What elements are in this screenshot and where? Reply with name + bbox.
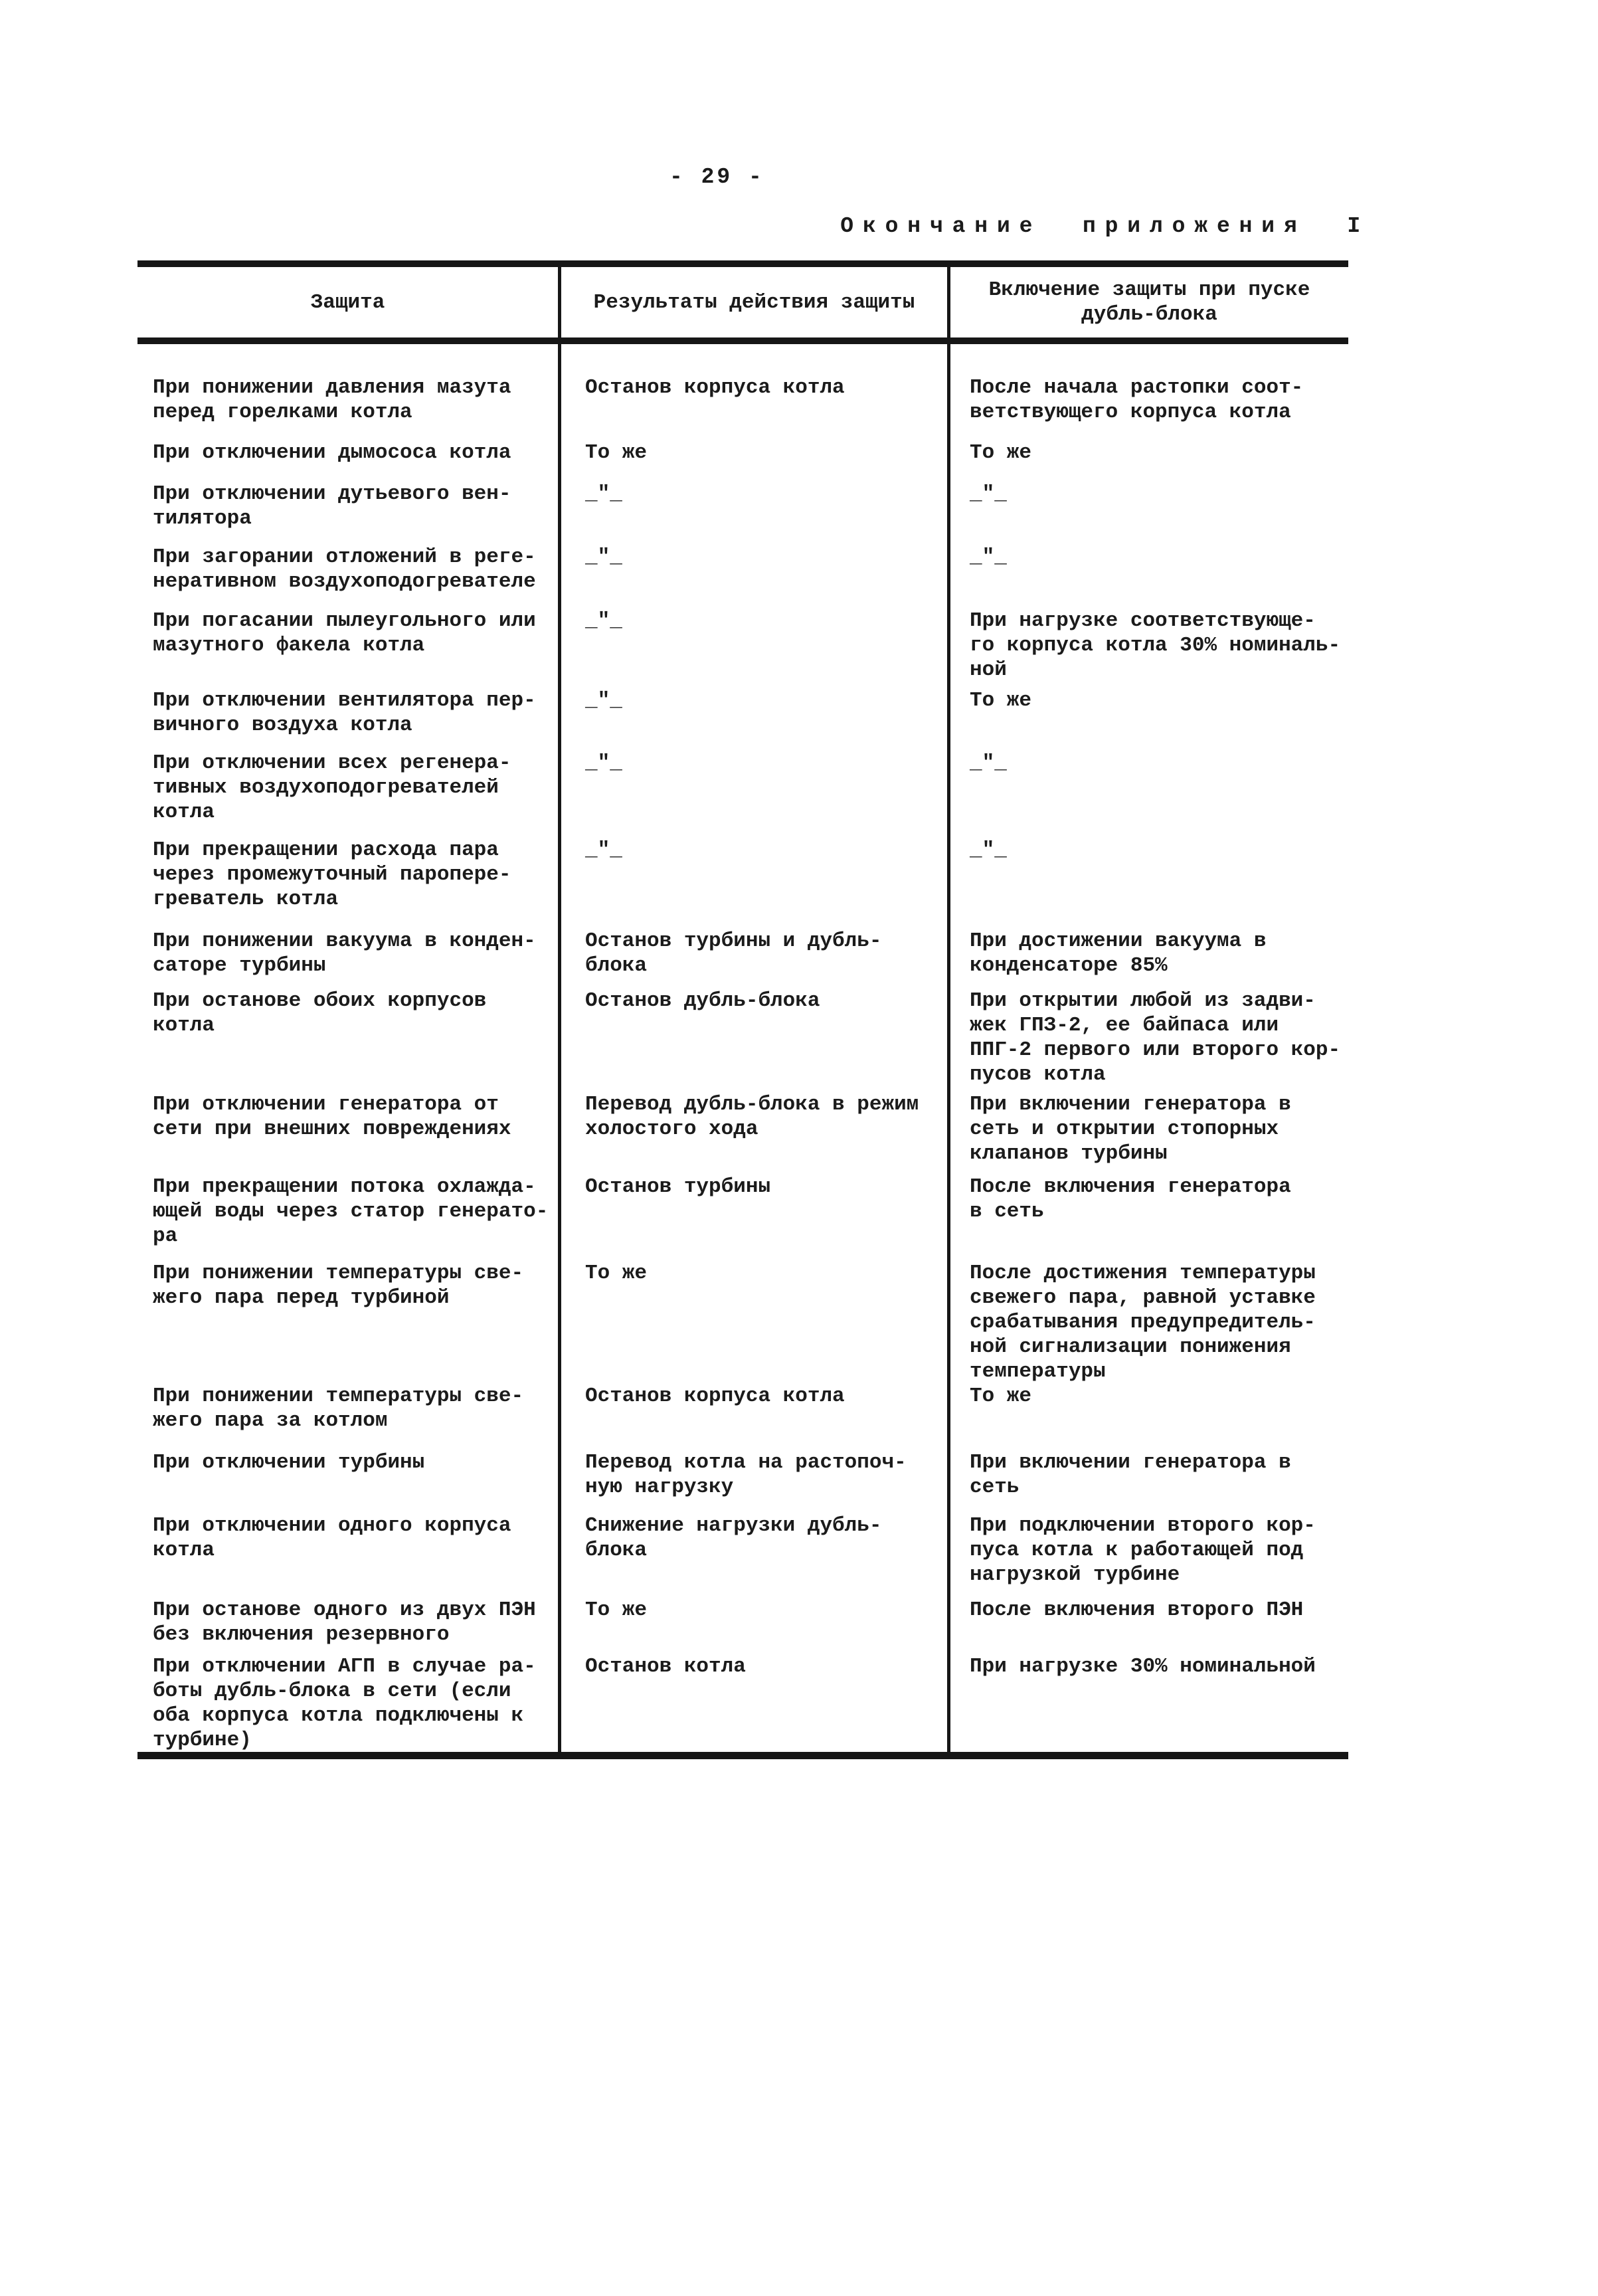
cell-result: То же bbox=[585, 440, 957, 465]
cell-result: То же bbox=[585, 1261, 957, 1286]
cell-activation: После начала растопки соот- ветствующего… bbox=[970, 375, 1358, 425]
cell-result: _"_ bbox=[585, 688, 957, 713]
cell-result: Снижение нагрузки дубль- блока bbox=[585, 1513, 957, 1563]
cell-result: Останов турбины и дубль- блока bbox=[585, 929, 957, 978]
cell-protection: При загорании отложений в реге- неративн… bbox=[153, 545, 578, 594]
cell-protection: При отключении дымососа котла bbox=[153, 440, 578, 465]
cell-result: _"_ bbox=[585, 751, 957, 775]
page-number: - 29 - bbox=[669, 165, 764, 189]
cell-protection: При прекращении расхода пара через проме… bbox=[153, 838, 578, 911]
cell-result: То же bbox=[585, 1598, 957, 1622]
appendix-heading: Окончание приложения I bbox=[764, 214, 1370, 239]
cell-result: Перевод котла на растопоч- ную нагрузку bbox=[585, 1450, 957, 1499]
cell-result: Останов корпуса котла bbox=[585, 1384, 957, 1408]
cell-protection: При останове обоих корпусов котла bbox=[153, 989, 578, 1038]
cell-protection: При понижении температуры све- жего пара… bbox=[153, 1261, 578, 1310]
cell-activation: При нагрузке соответствующе- го корпуса … bbox=[970, 609, 1358, 682]
cell-result: Останов котла bbox=[585, 1654, 957, 1679]
cell-activation: _"_ bbox=[970, 482, 1358, 506]
cell-activation: _"_ bbox=[970, 751, 1358, 775]
cell-protection: При отключении одного корпуса котла bbox=[153, 1513, 578, 1563]
cell-result: _"_ bbox=[585, 609, 957, 633]
cell-activation: После включения второго ПЭН bbox=[970, 1598, 1358, 1622]
cell-activation: После достижения температуры свежего пар… bbox=[970, 1261, 1358, 1384]
cell-protection: При прекращении потока охлажда- ющей вод… bbox=[153, 1175, 578, 1248]
cell-protection: При понижении вакуума в конден- саторе т… bbox=[153, 929, 578, 978]
cell-activation: При включении генератора в сеть bbox=[970, 1450, 1358, 1499]
cell-protection: При отключении АГП в случае ра- боты дуб… bbox=[153, 1654, 578, 1753]
cell-protection: При понижении температуры све- жего пара… bbox=[153, 1384, 578, 1433]
cell-activation: То же bbox=[970, 688, 1358, 713]
cell-activation: При подключении второго кор- пуса котла … bbox=[970, 1513, 1358, 1587]
cell-result: _"_ bbox=[585, 838, 957, 862]
cell-activation: _"_ bbox=[970, 838, 1358, 862]
cell-protection: При отключении дутьевого вен- тилятора bbox=[153, 482, 578, 531]
cell-activation: При открытии любой из задви- жек ГПЗ-2, … bbox=[970, 989, 1358, 1087]
cell-activation: При включении генератора в сеть и открыт… bbox=[970, 1092, 1358, 1166]
cell-protection: При отключении турбины bbox=[153, 1450, 578, 1475]
cell-protection: При останове одного из двух ПЭН без вклю… bbox=[153, 1598, 578, 1647]
document-page: - 29 - Окончание приложения I Защита Рез… bbox=[0, 0, 1598, 2296]
cell-protection: При погасании пылеугольного или мазутног… bbox=[153, 609, 578, 658]
cell-result: _"_ bbox=[585, 545, 957, 569]
cell-protection: При отключении вентилятора пер- вичного … bbox=[153, 688, 578, 737]
table-body: При понижении давления мазута перед горе… bbox=[137, 267, 1348, 1752]
cell-activation: При достижении вакуума в конденсаторе 85… bbox=[970, 929, 1358, 978]
cell-activation: То же bbox=[970, 440, 1358, 465]
cell-result: Останов корпуса котла bbox=[585, 375, 957, 400]
cell-activation: То же bbox=[970, 1384, 1358, 1408]
cell-protection: При понижении давления мазута перед горе… bbox=[153, 375, 578, 425]
cell-result: Останов дубль-блока bbox=[585, 989, 957, 1013]
cell-activation: _"_ bbox=[970, 545, 1358, 569]
cell-protection: При отключении всех регенера- тивных воз… bbox=[153, 751, 578, 824]
cell-activation: После включения генератора в сеть bbox=[970, 1175, 1358, 1224]
cell-protection: При отключении генератора от сети при вн… bbox=[153, 1092, 578, 1141]
protection-table: Защита Результаты действия защиты Включе… bbox=[137, 260, 1348, 1759]
cell-result: Перевод дубль-блока в режим холостого хо… bbox=[585, 1092, 957, 1141]
cell-result: Останов турбины bbox=[585, 1175, 957, 1199]
cell-result: _"_ bbox=[585, 482, 957, 506]
cell-activation: При нагрузке 30% номинальной bbox=[970, 1654, 1358, 1679]
